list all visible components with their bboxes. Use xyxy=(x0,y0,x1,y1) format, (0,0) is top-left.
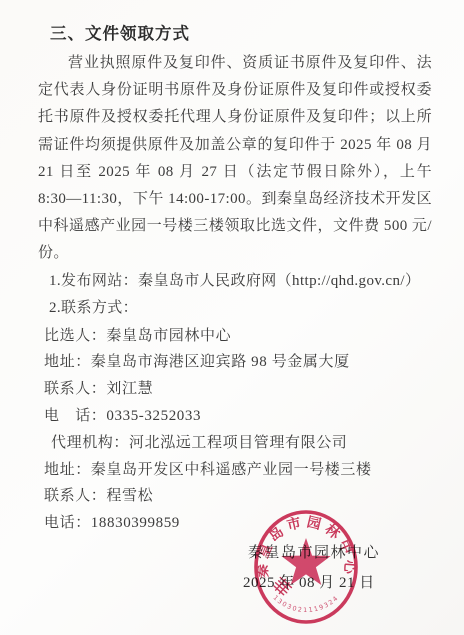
official-seal-stamp-icon: 秦皇岛市园林中心 1303021119324 xyxy=(250,506,362,628)
seal-star-icon xyxy=(281,538,330,585)
contact-line-person-1: 联系人：刘江慧 xyxy=(38,376,432,403)
list-item-website: 1.发布网站：秦皇岛市人民政府网（http://qhd.gov.cn/） xyxy=(38,268,432,295)
contact-line-selector: 比选人：秦皇岛市园林中心 xyxy=(38,323,432,350)
section-heading: 三、文件领取方式 xyxy=(50,20,432,44)
body-paragraph: 营业执照原件及复印件、资质证书原件及复印件、法定代表人身份证明书原件及身份证原件… xyxy=(38,50,432,268)
contact-info-block: 比选人：秦皇岛市园林中心 地址：秦皇岛市海港区迎宾路 98 号金属大厦 联系人：… xyxy=(38,323,432,537)
contact-line-phone-1: 电 话：0335-3252033 xyxy=(38,403,432,430)
seal-ink-smudge xyxy=(272,576,293,597)
contact-line-agency: 代理机构：河北泓远工程项目管理有限公司 xyxy=(38,430,432,457)
contact-line-phone-2: 电话：18830399859 xyxy=(38,510,432,537)
list-item-contact-heading: 2.联系方式： xyxy=(38,295,432,322)
contact-line-address-1: 地址：秦皇岛市海港区迎宾路 98 号金属大厦 xyxy=(38,349,432,376)
contact-line-address-2: 地址：秦皇岛开发区中科遥感产业园一号楼三楼 xyxy=(38,457,432,484)
contact-line-person-2: 联系人：程雪松 xyxy=(38,483,432,510)
seal-code: 1303021119324 xyxy=(271,594,340,614)
document-page: 三、文件领取方式 营业执照原件及复印件、资质证书原件及复印件、法定代表人身份证明… xyxy=(0,0,464,635)
